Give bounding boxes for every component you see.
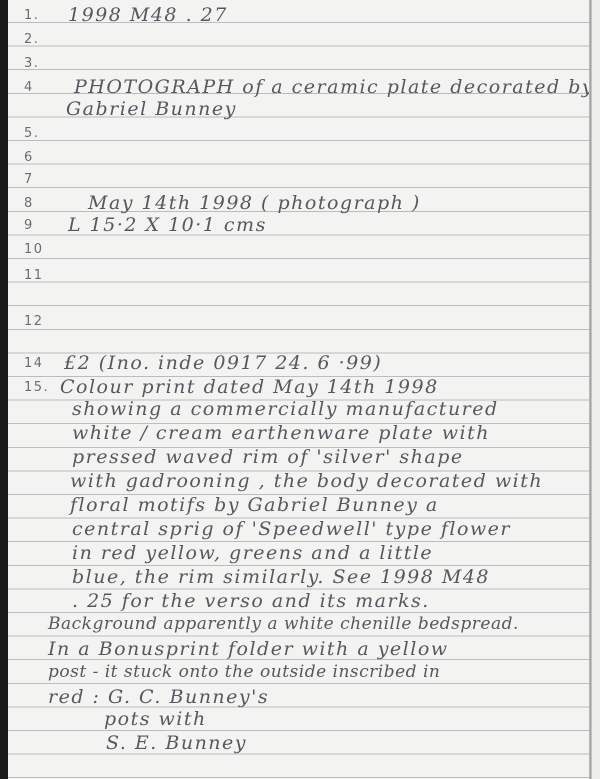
line-text: with gadrooning , the body decorated wit… (70, 470, 543, 492)
line-text: floral motifs by Gabriel Bunney a (70, 494, 439, 516)
register-page: 1.1998 M48 . 272.3.4PHOTOGRAPH of a cera… (8, 0, 600, 779)
line-text: white / cream earthenware plate with (72, 422, 490, 444)
line-number: 3. (24, 56, 39, 71)
line-number: 2. (24, 32, 39, 47)
line-text: pots with (104, 708, 207, 730)
line-text: central sprig of 'Speedwell' type flower (72, 518, 511, 540)
line-number: 9 (24, 218, 34, 233)
line-text: S. E. Bunney (106, 732, 247, 754)
line-text: £2 (Ino. inde 0917 24. 6 ·99) (64, 352, 382, 374)
line-text: . 25 for the verso and its marks. (72, 590, 430, 612)
line-number: 10 (24, 242, 44, 257)
line-text: blue, the rim similarly. See 1998 M48 (72, 566, 490, 588)
line-number: 11 (24, 268, 44, 283)
line-text: L 15·2 X 10·1 cms (68, 214, 267, 236)
line-text: Gabriel Bunney (66, 98, 237, 120)
line-text: In a Bonusprint folder with a yellow (48, 638, 449, 660)
line-text: post - it stuck onto the outside inscrib… (48, 662, 440, 682)
line-number: 4 (24, 80, 34, 95)
line-number: 12 (24, 314, 44, 329)
line-text: Background apparently a white chenille b… (48, 614, 519, 634)
line-text: PHOTOGRAPH of a ceramic plate decorated … (74, 76, 594, 98)
line-number: 6 (24, 150, 34, 165)
line-number: 7 (24, 172, 34, 187)
line-number: 8 (24, 196, 34, 211)
line-text: red : G. C. Bunney's (48, 686, 269, 708)
line-number: 14 (24, 356, 44, 371)
line-text: Colour print dated May 14th 1998 (60, 376, 439, 398)
line-text: showing a commercially manufactured (72, 398, 499, 420)
line-number: 5. (24, 126, 39, 141)
line-text: May 14th 1998 ( photograph ) (88, 192, 421, 214)
line-number: 1. (24, 8, 39, 23)
line-text: in red yellow, greens and a little (72, 542, 433, 564)
line-text: 1998 M48 . 27 (68, 4, 228, 26)
page-edge (592, 0, 600, 779)
line-text: pressed waved rim of 'silver' shape (72, 446, 464, 468)
line-number: 15. (24, 380, 49, 395)
